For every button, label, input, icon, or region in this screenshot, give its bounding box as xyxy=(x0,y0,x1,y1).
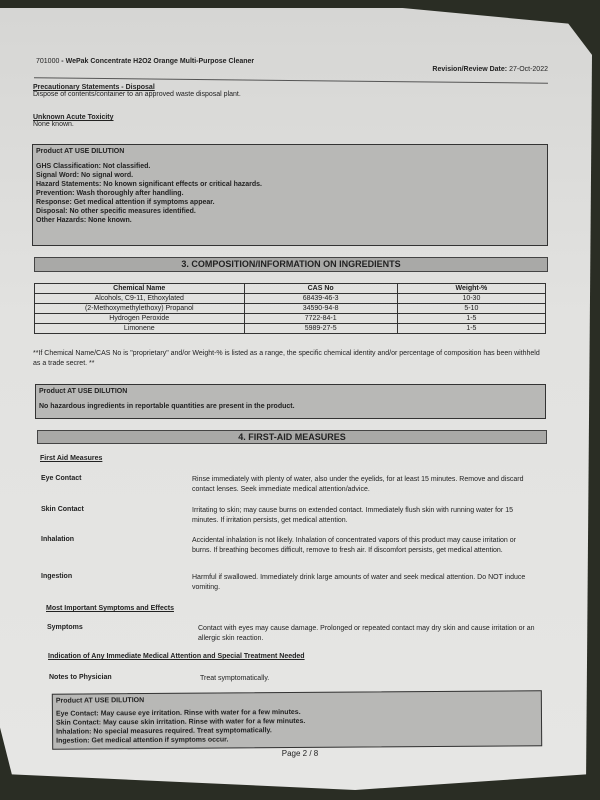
measure-label: Ingestion xyxy=(41,573,72,580)
precautionary-disposal-title: Precautionary Statements - Disposal xyxy=(33,84,533,91)
trade-secret-note: **If Chemical Name/CAS No is "proprietar… xyxy=(33,349,545,369)
indication-heading: Indication of Any Immediate Medical Atte… xyxy=(48,653,305,660)
weight-percent: 10-30 xyxy=(397,294,545,304)
composition-table: Chemical Name CAS No Weight-% Alcohols, … xyxy=(34,283,546,334)
chemical-name: Limonene xyxy=(35,324,245,334)
cas-no: 5989-27-5 xyxy=(244,324,397,334)
product-code: 701000 xyxy=(36,58,59,65)
column-header-chemical-name: Chemical Name xyxy=(35,284,245,294)
ghs-classification: GHS Classification: Not classified. xyxy=(36,162,544,171)
dilution-box-first-aid: Product AT USE DILUTION Eye Contact: May… xyxy=(52,690,542,749)
table-row: Alcohols, C9-11, Ethoxylated 68439-46-3 … xyxy=(35,294,546,304)
chemical-name: Alcohols, C9-11, Ethoxylated xyxy=(35,294,245,304)
precautionary-disposal: Precautionary Statements - Disposal Disp… xyxy=(33,84,533,98)
no-hazardous-ingredients: No hazardous ingredients in reportable q… xyxy=(39,402,542,411)
first-aid-measures-heading: First Aid Measures xyxy=(40,455,102,462)
cas-no: 68439-46-3 xyxy=(244,294,397,304)
chemical-name: (2-Methoxymethylethoxy) Propanol xyxy=(35,304,245,314)
symptoms-heading: Most Important Symptoms and Effects xyxy=(46,605,174,612)
unknown-toxicity-title: Unknown Acute Toxicity xyxy=(33,114,533,121)
product-title: 701000 - WePak Concentrate H2O2 Orange M… xyxy=(36,58,254,65)
physician-label: Notes to Physician xyxy=(49,674,112,681)
physician-text: Treat symptomatically. xyxy=(200,674,540,684)
column-header-weight: Weight-% xyxy=(397,284,545,294)
dilution-box-hazards: Product AT USE DILUTION GHS Classificati… xyxy=(32,144,548,246)
revision-date-value: 27-Oct-2022 xyxy=(509,66,548,73)
unknown-acute-toxicity: Unknown Acute Toxicity None known. xyxy=(33,114,533,128)
table-row: Limonene 5989-27-5 1-5 xyxy=(35,324,546,334)
first-aid-section: First Aid Measures Eye Contact Rinse imm… xyxy=(26,455,566,685)
measure-label: Eye Contact xyxy=(41,475,81,482)
signal-word: Signal Word: No signal word. xyxy=(36,171,544,180)
cas-no: 34590-94-8 xyxy=(244,304,397,314)
hazard-statements: Hazard Statements: No known significant … xyxy=(36,180,544,189)
table-row: (2-Methoxymethylethoxy) Propanol 34590-9… xyxy=(35,304,546,314)
table-row: Hydrogen Peroxide 7722-84-1 1-5 xyxy=(35,314,546,324)
symptoms-label: Symptoms xyxy=(47,624,83,631)
table-header-row: Chemical Name CAS No Weight-% xyxy=(35,284,546,294)
revision-date: Revision/Review Date: 27-Oct-2022 xyxy=(432,66,548,73)
measure-text: Irritating to skin; may cause burns on e… xyxy=(192,506,532,526)
measure-text: Harmful if swallowed. Immediately drink … xyxy=(192,573,532,593)
symptoms-text: Contact with eyes may cause damage. Prol… xyxy=(198,624,538,644)
dilution-box-ingredients: Product AT USE DILUTION No hazardous ing… xyxy=(35,384,546,419)
composition-table-wrap: Chemical Name CAS No Weight-% Alcohols, … xyxy=(34,283,546,334)
other-hazards: Other Hazards: None known. xyxy=(36,216,544,225)
dilution-box-title: Product AT USE DILUTION xyxy=(36,147,544,156)
measure-text: Rinse immediately with plenty of water, … xyxy=(192,475,532,495)
page-number: Page 2 / 8 xyxy=(0,749,600,758)
cas-no: 7722-84-1 xyxy=(244,314,397,324)
product-name: WePak Concentrate H2O2 Orange Multi-Purp… xyxy=(66,58,255,65)
chemical-name: Hydrogen Peroxide xyxy=(35,314,245,324)
weight-percent: 1-5 xyxy=(397,324,545,334)
measure-label: Inhalation xyxy=(41,536,74,543)
section-3-heading: 3. COMPOSITION/INFORMATION ON INGREDIENT… xyxy=(34,257,548,272)
measure-label: Skin Contact xyxy=(41,506,84,513)
response: Response: Get medical attention if sympt… xyxy=(36,198,544,207)
weight-percent: 5-10 xyxy=(397,304,545,314)
dilution-ingestion: Ingestion: Get medical attention if symp… xyxy=(56,733,538,745)
dilution-box-title: Product AT USE DILUTION xyxy=(39,387,542,396)
measure-text: Accidental inhalation is not likely. Inh… xyxy=(192,536,532,556)
disposal: Disposal: No other specific measures ide… xyxy=(36,207,544,216)
weight-percent: 1-5 xyxy=(397,314,545,324)
precautionary-disposal-text: Dispose of contents/container to an appr… xyxy=(33,91,533,98)
section-4-heading: 4. FIRST-AID MEASURES xyxy=(37,430,547,444)
prevention: Prevention: Wash thoroughly after handli… xyxy=(36,189,544,198)
column-header-cas-no: CAS No xyxy=(244,284,397,294)
unknown-toxicity-text: None known. xyxy=(33,121,533,128)
revision-label: Revision/Review Date: xyxy=(432,66,507,73)
